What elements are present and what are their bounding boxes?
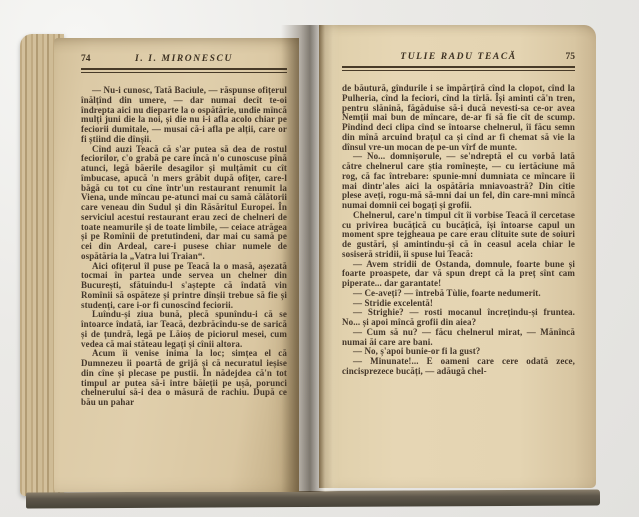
left-page-text: — Nu-i cunosc, Tată Baciule, — răspunse … bbox=[81, 86, 287, 408]
paragraph: — Avem stridii de Ostanda, domnule, foar… bbox=[342, 260, 575, 289]
header-rule bbox=[81, 68, 287, 73]
header-rule bbox=[342, 66, 575, 71]
running-title: TULIE RADU TEACĂ bbox=[400, 52, 516, 62]
paragraph: Chelnerul, care'n timpul cît îi vorbise … bbox=[342, 211, 575, 260]
right-page-text: de băutură, gîndurile i se împărțiră cîn… bbox=[342, 84, 575, 377]
paragraph: Cînd auzi Teacă că s'ar putea să dea de … bbox=[81, 145, 287, 262]
paragraph: — Strighie? — rosti mocanul încrețindu-ș… bbox=[342, 308, 575, 328]
paragraph: — No... domnișorule, — se'ndreptă el cu … bbox=[342, 152, 575, 211]
page-number: 75 bbox=[566, 52, 576, 63]
paragraph: Acum îi venise inima la loc; simțea el c… bbox=[81, 349, 287, 408]
running-title: I. I. MIRONESCU bbox=[135, 54, 233, 64]
paragraph: Aici ofițerul îl puse pe Teacă la o masă… bbox=[81, 262, 287, 311]
left-page-header: 74 I. I. MIRONESCU bbox=[81, 54, 287, 65]
page-number: 74 bbox=[81, 54, 91, 65]
paragraph: de băutură, gîndurile i se împărțiră cîn… bbox=[342, 84, 575, 152]
paragraph: — Nu-i cunosc, Tată Baciule, — răspunse … bbox=[81, 86, 287, 145]
right-page-header: TULIE RADU TEACĂ 75 bbox=[342, 52, 575, 63]
paragraph: Luîndu-și ziua bună, plecă spunîndu-i că… bbox=[81, 310, 287, 349]
book-photo: 74 I. I. MIRONESCU — Nu-i cunosc, Tată B… bbox=[0, 0, 639, 517]
right-page: TULIE RADU TEACĂ 75 de băutură, gînduril… bbox=[319, 25, 596, 488]
book-bottom-edge bbox=[26, 489, 600, 508]
paragraph: — Minunate!... E oameni care cere odată … bbox=[342, 357, 575, 377]
left-page: 74 I. I. MIRONESCU — Nu-i cunosc, Tată B… bbox=[54, 38, 299, 492]
paragraph: — Cum să nu? — făcu chelnerul mirat, — M… bbox=[342, 328, 575, 348]
